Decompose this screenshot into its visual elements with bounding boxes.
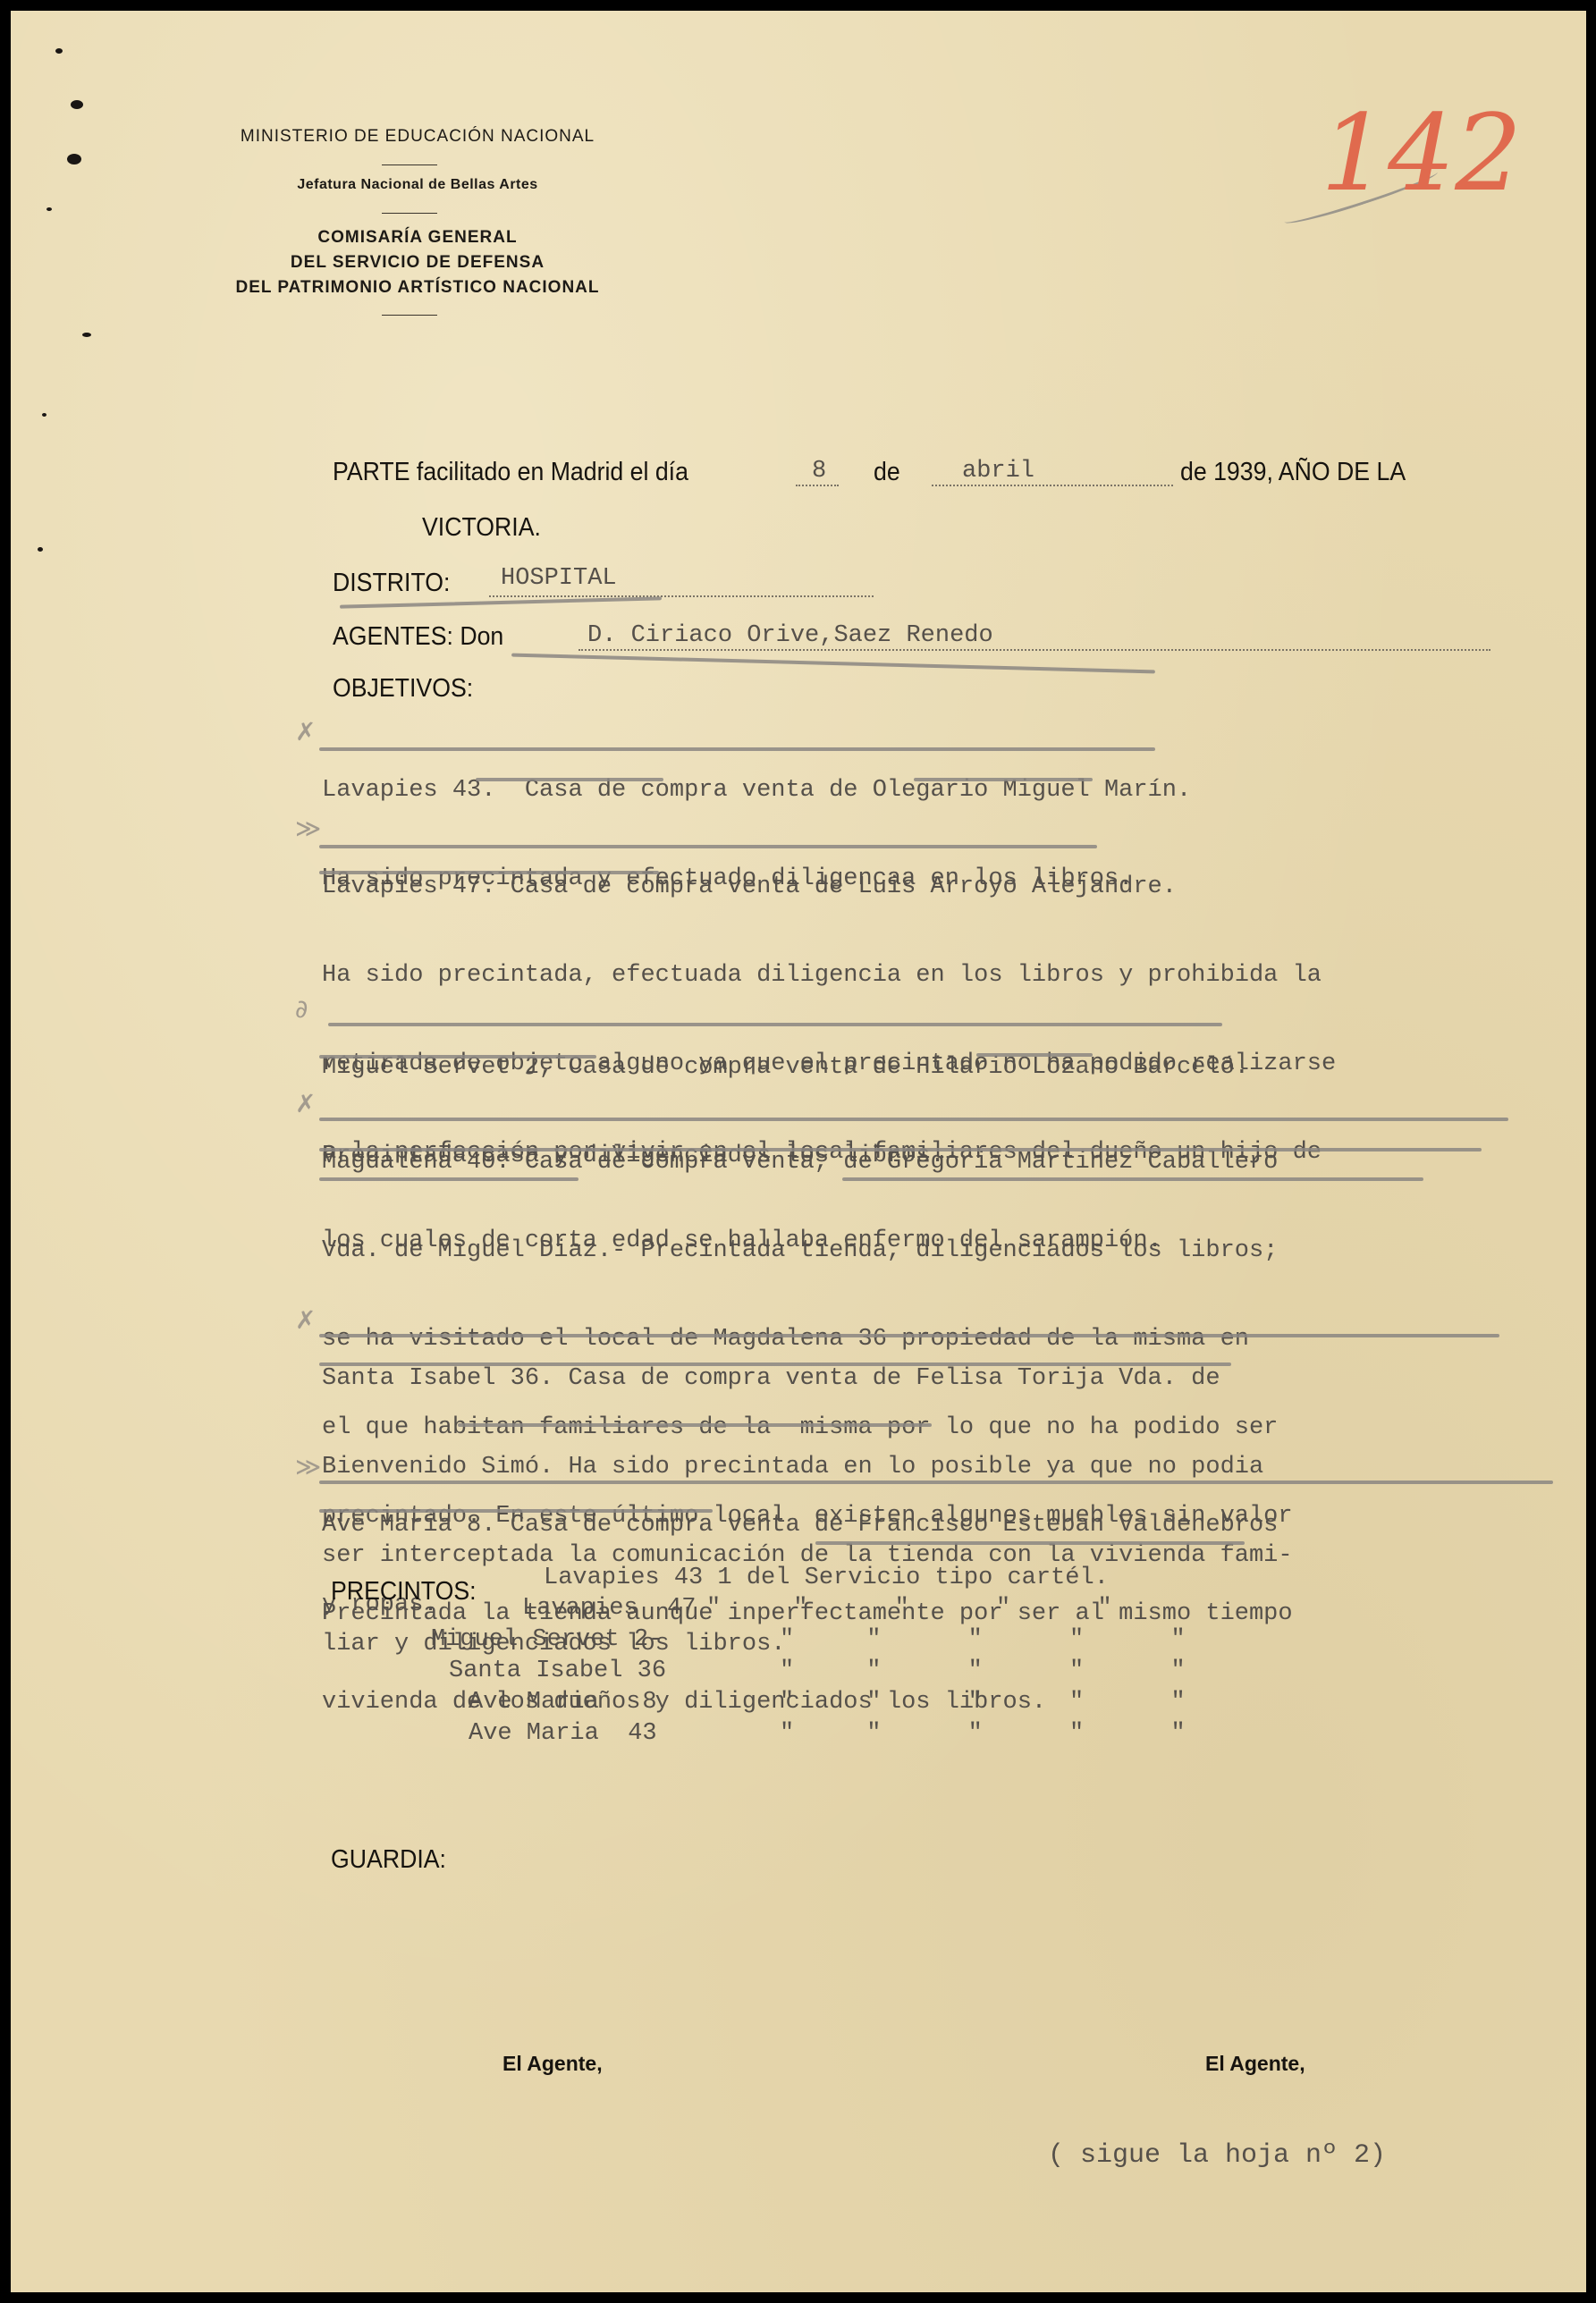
cross-mark-icon: ✗ [295,717,316,747]
parte-de: de [874,458,900,487]
precinto-place: Santa Isabel 36 [449,1658,666,1684]
pencil-underline [328,1023,1222,1026]
hole-mark [46,207,52,211]
pencil-underline [319,1055,596,1059]
comisaria-line: DEL PATRIMONIO ARTÍSTICO NACIONAL [198,275,637,300]
entry-line: Lavapies 47. Casa de compra venta de Lui… [322,873,1336,902]
agentes-value: D. Ciriaco Orive,Saez Renedo [587,622,993,649]
objetivos-label: OBJETIVOS: [333,674,473,704]
entry-line: Vda. de Miguel Diaz.- Precintada tienda,… [322,1236,1293,1266]
precinto-first: Lavapies 43 1 del Servicio tipo cartél. [544,1565,1109,1591]
hole-mark [71,100,83,109]
pencil-underline [319,1480,1553,1484]
check-mark-icon: ≫ [295,1452,321,1481]
parte-day: 8 [812,458,826,485]
pencil-underline [976,1053,1093,1057]
precinto-place: Lavapies 47 [522,1595,696,1622]
pencil-underline [319,747,1155,751]
continuation-note: ( sigue la hoja nº 2) [1048,2140,1386,2171]
check-mark-icon: ≫ [295,814,321,843]
pencil-underline [319,1334,1499,1337]
hole-mark [82,333,91,337]
comisaria-line: DEL SERVICIO DE DEFENSA [198,250,637,275]
signature-left: El Agente, [502,2052,603,2076]
comisaria-line: COMISARÍA GENERAL [198,225,637,250]
precinto-ditto: " " " " " [780,1689,1186,1716]
parte-prefix: PARTE facilitado en Madrid el día [333,458,688,487]
cross-mark-icon: ✗ [295,1089,316,1118]
dotted-line [796,485,839,486]
entry-line: Ha sido precintada, efectuada diligencia… [322,961,1336,991]
precinto-place: Miguel Servet 2- [431,1626,663,1653]
hole-mark [67,154,81,164]
pencil-underline [319,871,659,874]
pencil-underline [815,1541,1245,1545]
divider [382,164,437,165]
parte-suffix: de 1939, AÑO DE LA [1180,458,1406,487]
pencil-underline [511,654,1155,674]
pencil-underline [476,778,663,781]
signature-right: El Agente, [1205,2052,1305,2076]
entry-line: Ave Maria 8. Casa de compra venta de Fra… [322,1511,1293,1540]
pencil-underline [458,1423,932,1427]
entry-line: Santa Isabel 36. Casa de compra venta de… [322,1364,1293,1394]
comisaria-block: COMISARÍA GENERAL DEL SERVICIO DE DEFENS… [198,225,637,300]
divider [382,315,437,316]
precinto-ditto: " " " " " [780,1720,1186,1747]
document-page: MINISTERIO DE EDUCACIÓN NACIONAL Jefatur… [11,11,1586,2292]
jefatura-title: Jefatura Nacional de Bellas Artes [225,177,610,193]
entry-line: Magdalena 40. Casa de compra venta, de G… [322,1148,1293,1177]
distrito-label: DISTRITO: [333,569,450,598]
parte-month: abril [962,458,1034,485]
tick-mark-icon: ∂ [295,994,308,1024]
pencil-underline [340,596,662,608]
pencil-underline [842,1177,1423,1181]
divider [382,213,437,214]
pencil-underline [319,1362,1231,1366]
pencil-underline [914,778,1093,781]
parte-suffix-2: VICTORIA. [422,513,541,543]
precinto-ditto: " " " " " [706,1595,1112,1622]
precinto-ditto: " " " " " [780,1626,1186,1653]
cross-mark-icon: ✗ [295,1305,316,1335]
pencil-underline [319,1177,578,1181]
folio-number: 142 [1321,91,1522,215]
ministry-title: MINISTERIO DE EDUCACIÓN NACIONAL [225,127,610,147]
pencil-underline [319,845,1097,848]
dotted-line [932,485,1173,486]
agentes-label: AGENTES: Don [333,622,503,652]
hole-mark [55,48,63,54]
dotted-line [578,649,1490,651]
pencil-underline [319,1118,1508,1121]
precinto-place: Ave Maria 8 [469,1689,657,1716]
pencil-underline [319,1509,713,1513]
hole-mark [42,413,46,417]
distrito-value: HOSPITAL [501,565,617,592]
dotted-line [489,595,874,597]
precinto-place: Ave Maria 43 [469,1720,657,1747]
hole-mark [38,547,43,552]
guardia-label: GUARDIA: [331,1845,446,1875]
precintos-label: PRECINTOS: [331,1577,477,1607]
precinto-ditto: " " " " " [780,1658,1186,1684]
pencil-underline [319,1148,1482,1151]
